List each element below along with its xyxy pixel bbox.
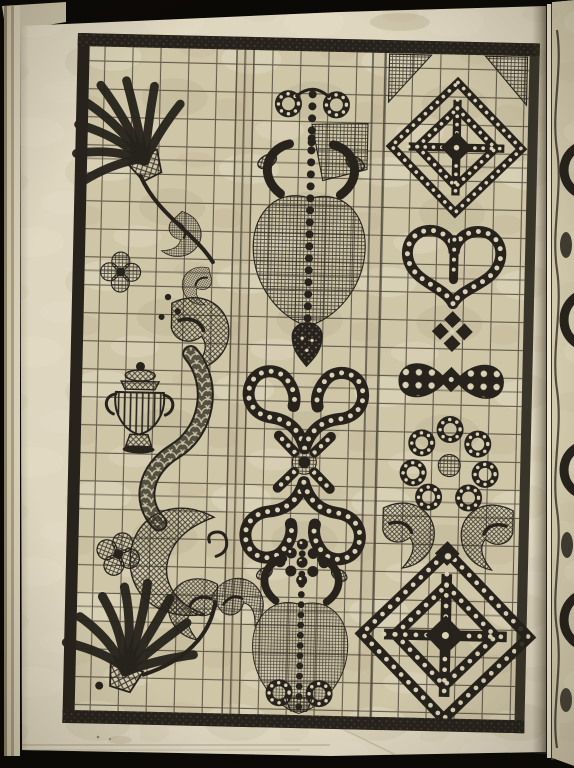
scan-root: Scanned page of a Renaissance lace patte… bbox=[0, 0, 574, 768]
book-scan: Scanned page of a Renaissance lace patte… bbox=[0, 0, 574, 768]
vignette bbox=[0, 0, 574, 768]
